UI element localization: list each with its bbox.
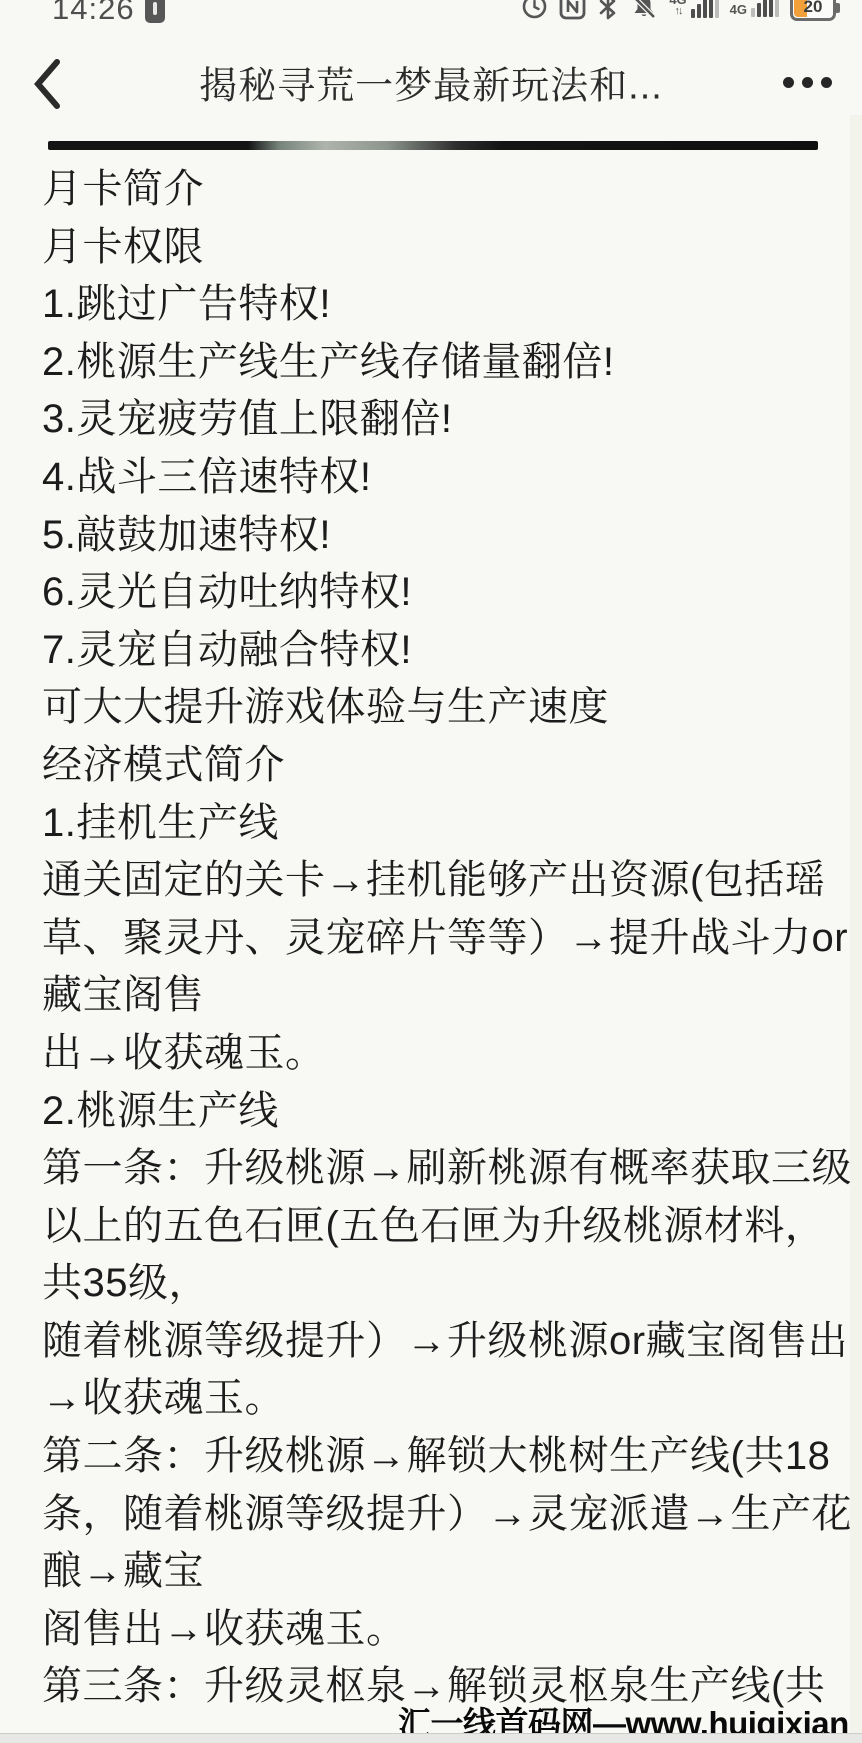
right-edge-artifact bbox=[850, 115, 862, 1734]
article-content: 月卡简介月卡权限1.跳过广告特权!2.桃源生产线生产线存储量翻倍!3.灵宠疲劳值… bbox=[42, 161, 832, 1716]
nav-bar: 揭秘寻荒一梦最新玩法和... bbox=[0, 34, 862, 130]
article-line: 出→收获魂玉。 bbox=[42, 1025, 832, 1083]
article-line: 条，随着桃源等级提升）→灵宠派遣→生产花 bbox=[42, 1486, 832, 1544]
battery-percent: 20 bbox=[804, 0, 823, 17]
article-line: 藏宝阁售 bbox=[42, 967, 832, 1025]
article-line: 月卡权限 bbox=[42, 219, 832, 277]
article-line: 6.灵光自动吐纳特权! bbox=[42, 564, 832, 622]
signal-icon-sim2: 4G bbox=[730, 0, 779, 17]
dot-icon bbox=[802, 77, 813, 88]
article-line: 2.桃源生产线生产线存储量翻倍! bbox=[42, 334, 832, 392]
article-line: 第一条：升级桃源→刷新桃源有概率获取三级 bbox=[42, 1140, 832, 1198]
article-line: 1.跳过广告特权! bbox=[42, 276, 832, 334]
article-line: 草、聚灵丹、灵宠碎片等等）→提升战斗力or bbox=[42, 910, 832, 968]
article-line: 阁售出→收获魂玉。 bbox=[42, 1601, 832, 1659]
signal-bars-icon bbox=[751, 0, 779, 17]
article-line: 第二条：升级桃源→解锁大桃树生产线(共18 bbox=[42, 1428, 832, 1486]
article-line: 1.挂机生产线 bbox=[42, 795, 832, 853]
bluetooth-icon bbox=[597, 0, 619, 21]
status-bar: 14:26 bbox=[0, 0, 862, 34]
bell-muted-icon bbox=[630, 0, 658, 21]
article-line: 随着桃源等级提升）→升级桃源or藏宝阁售出 bbox=[42, 1313, 832, 1371]
dot-icon bbox=[821, 77, 832, 88]
article-line: 4.战斗三倍速特权! bbox=[42, 449, 832, 507]
article-line: 3.灵宠疲劳值上限翻倍! bbox=[42, 391, 832, 449]
network-type-label: 4G bbox=[730, 3, 747, 16]
signal-icon-sim1: 4G ↑↓ bbox=[669, 0, 718, 18]
article-line: 可大大提升游戏体验与生产速度 bbox=[42, 679, 832, 737]
back-button[interactable] bbox=[30, 56, 64, 112]
article-line: 5.敲鼓加速特权! bbox=[42, 507, 832, 565]
battery-icon: 20 bbox=[790, 0, 836, 21]
article-line: 经济模式简介 bbox=[42, 737, 832, 795]
article-line: 通关固定的关卡→挂机能够产出资源(包括瑶 bbox=[42, 852, 832, 910]
page-title: 揭秘寻荒一梦最新玩法和... bbox=[199, 55, 663, 110]
bottom-toolbar-edge bbox=[0, 1733, 862, 1743]
phone-screen: 14:26 bbox=[0, 0, 862, 1743]
article-line: 月卡简介 bbox=[42, 161, 832, 219]
dot-icon bbox=[783, 77, 794, 88]
article-image-divider bbox=[48, 141, 818, 150]
signal-bars-icon bbox=[691, 0, 719, 18]
vibrate-icon bbox=[145, 0, 165, 23]
article-line: 酿→藏宝 bbox=[42, 1543, 832, 1601]
article-line: →收获魂玉。 bbox=[42, 1370, 832, 1428]
alarm-clock-icon bbox=[521, 0, 548, 20]
chevron-left-icon bbox=[32, 57, 62, 111]
article-line: 以上的五色石匣(五色石匣为升级桃源材料， bbox=[42, 1198, 832, 1256]
article-line: 共35级， bbox=[42, 1255, 832, 1313]
more-menu-button[interactable] bbox=[783, 70, 832, 94]
article-line: 7.灵宠自动融合特权! bbox=[42, 622, 832, 680]
data-arrows-icon: ↑↓ bbox=[674, 6, 681, 17]
nfc-icon bbox=[559, 0, 586, 20]
article-line: 2.桃源生产线 bbox=[42, 1083, 832, 1141]
status-time: 14:26 bbox=[52, 0, 135, 27]
